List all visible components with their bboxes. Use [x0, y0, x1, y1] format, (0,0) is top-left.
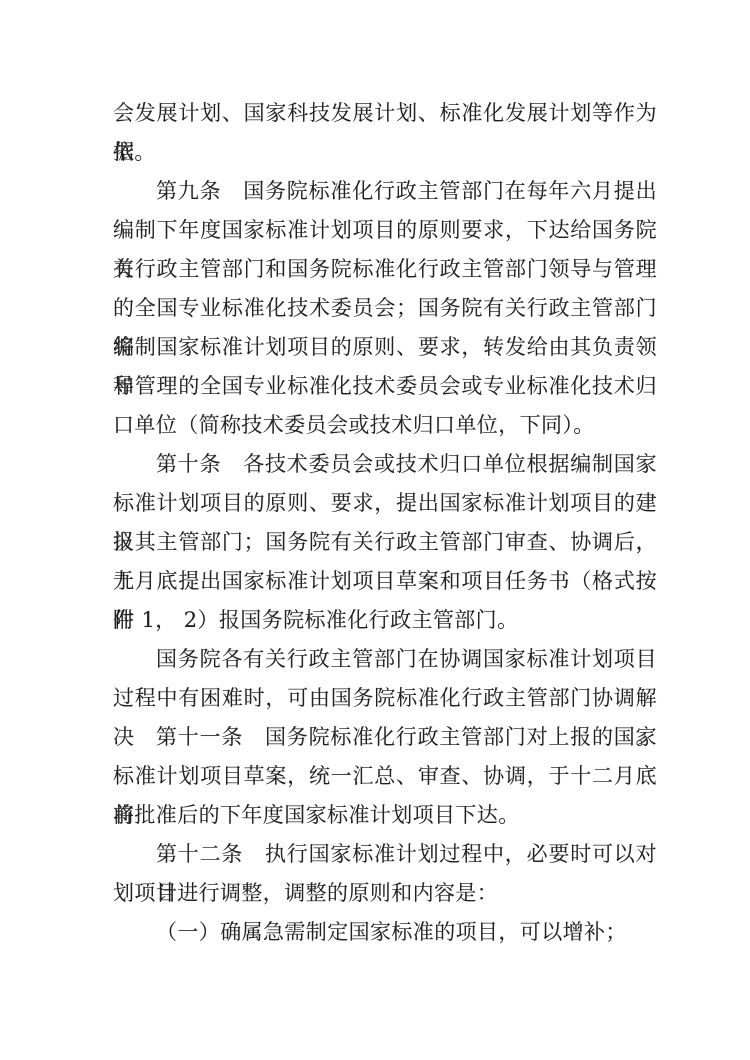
text-line: 件 1， 2）报国务院标准化行政主管部门。 [113, 601, 657, 640]
text-line: 和管理的全国专业标准化技术委员会或专业标准化技术归 [113, 367, 657, 406]
text-line: 将批准后的下年度国家标准计划项目下达。 [113, 796, 657, 835]
text-line: 编制国家标准计划项目的原则、要求，转发给由其负责领导 [113, 328, 657, 367]
text-line: 报其主管部门；国务院有关行政主管部门审查、协调后，于 [113, 523, 657, 562]
text-line: 口单位（简称技术委员会或技术归口单位，下同）。 [113, 406, 657, 445]
text-line: 第十一条 国务院标准化行政主管部门对上报的国家 [113, 718, 657, 757]
text-line: 划项目进行调整，调整的原则和内容是： [113, 874, 657, 913]
text-line: 关行政主管部门和国务院标准化行政主管部门领导与管理 [113, 250, 657, 289]
text-line: 国务院各有关行政主管部门在协调国家标准计划项目 [113, 640, 657, 679]
text-line: 标准计划项目的原则、要求，提出国家标准计划项目的建议， [113, 484, 657, 523]
text-line: 编制下年度国家标准计划项目的原则要求，下达给国务院有 [113, 211, 657, 250]
text-line: 第十二条 执行国家标准计划过程中，必要时可以对计 [113, 835, 657, 874]
document-page: 会发展计划、国家科技发展计划、标准化发展计划等作为依据。第九条 国务院标准化行政… [0, 0, 750, 1060]
text-line: 标准计划项目草案，统一汇总、审查、协调，于十二月底前 [113, 757, 657, 796]
text-line: 会发展计划、国家科技发展计划、标准化发展计划等作为依 [113, 94, 657, 133]
text-line: 的全国专业标准化技术委员会；国务院有关行政主管部门将 [113, 289, 657, 328]
text-line: 据。 [113, 133, 657, 172]
text-line: 第十条 各技术委员会或技术归口单位根据编制国家 [113, 445, 657, 484]
text-line: 第九条 国务院标准化行政主管部门在每年六月提出 [113, 172, 657, 211]
text-line: （一）确属急需制定国家标准的项目，可以增补； [113, 913, 657, 952]
text-line: 九月底提出国家标准计划项目草案和项目任务书（格式按附 [113, 562, 657, 601]
document-body: 会发展计划、国家科技发展计划、标准化发展计划等作为依据。第九条 国务院标准化行政… [113, 94, 657, 952]
text-line: 过程中有困难时，可由国务院标准化行政主管部门协调解决。 [113, 679, 657, 718]
